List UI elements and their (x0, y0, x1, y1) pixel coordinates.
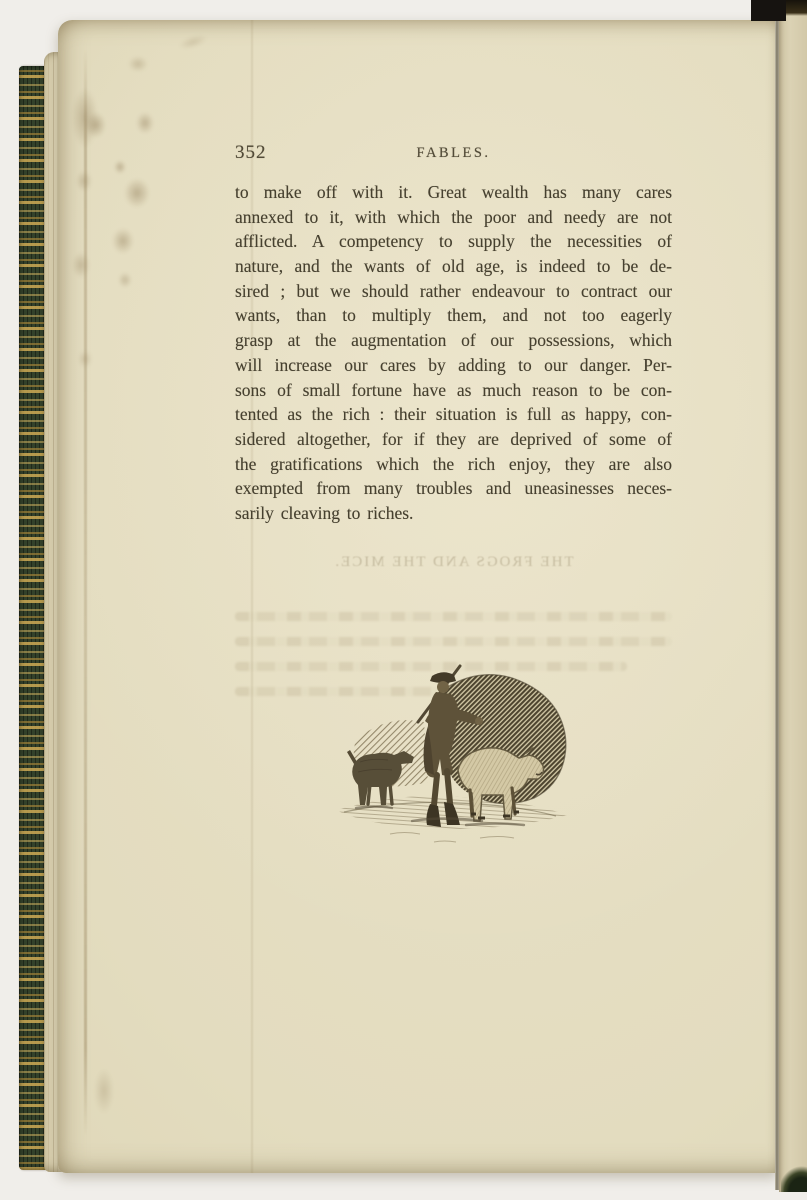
stain (118, 272, 132, 288)
body-line: nature, and the wants of old age, is ind… (235, 254, 672, 279)
stain (177, 32, 209, 53)
body-line: tented as the rich : their situation is … (235, 402, 672, 427)
adjacent-page-edge (779, 0, 807, 1192)
body-line: to make off with it. Great wealth has ma… (235, 180, 672, 205)
stain (124, 178, 150, 208)
under-sheet-edge (84, 50, 87, 1135)
fable-illustration-engraving (330, 658, 576, 848)
stain (112, 228, 134, 254)
body-line: sidered altogether, for if they are depr… (235, 427, 672, 452)
stain (114, 160, 126, 174)
stain (136, 112, 154, 134)
body-line: afflicted. A competency to supply the ne… (235, 229, 672, 254)
stain (78, 350, 92, 368)
showthrough-line (235, 637, 672, 646)
stain (72, 252, 90, 278)
scanned-book-photo: 352 FABLES. to make off with it. Great w… (0, 0, 807, 1200)
showthrough-title: THE FROGS AND THE MICE. (235, 554, 672, 571)
stain (76, 170, 92, 192)
body-line: wants, than to multiply them, and not to… (235, 303, 672, 328)
stain (86, 112, 106, 138)
body-line: grasp at the augmentation of our possess… (235, 328, 672, 353)
body-line: will increase our cares by adding to our… (235, 353, 672, 378)
book-spine-gilt-binding (19, 66, 46, 1170)
body-text: to make off with it. Great wealth has ma… (235, 180, 672, 526)
running-head: FABLES. (235, 145, 672, 162)
body-line: sired ; but we should rather endeavour t… (235, 279, 672, 304)
adjacent-binding-corner (781, 1166, 807, 1192)
book-page: 352 FABLES. to make off with it. Great w… (58, 20, 777, 1173)
body-line: annexed to it, with which the poor and n… (235, 205, 672, 230)
showthrough-line (235, 612, 672, 621)
body-line: sons of small fortune have as much reaso… (235, 378, 672, 403)
page-header: 352 FABLES. (235, 142, 672, 168)
stain (94, 1068, 114, 1114)
stain (128, 56, 148, 72)
body-line: sarily cleaving to riches. (235, 501, 672, 526)
scan-background-patch (751, 0, 786, 21)
body-line: the gratifications which the rich enjoy,… (235, 452, 672, 477)
body-line: exempted from many troubles and uneasine… (235, 476, 672, 501)
